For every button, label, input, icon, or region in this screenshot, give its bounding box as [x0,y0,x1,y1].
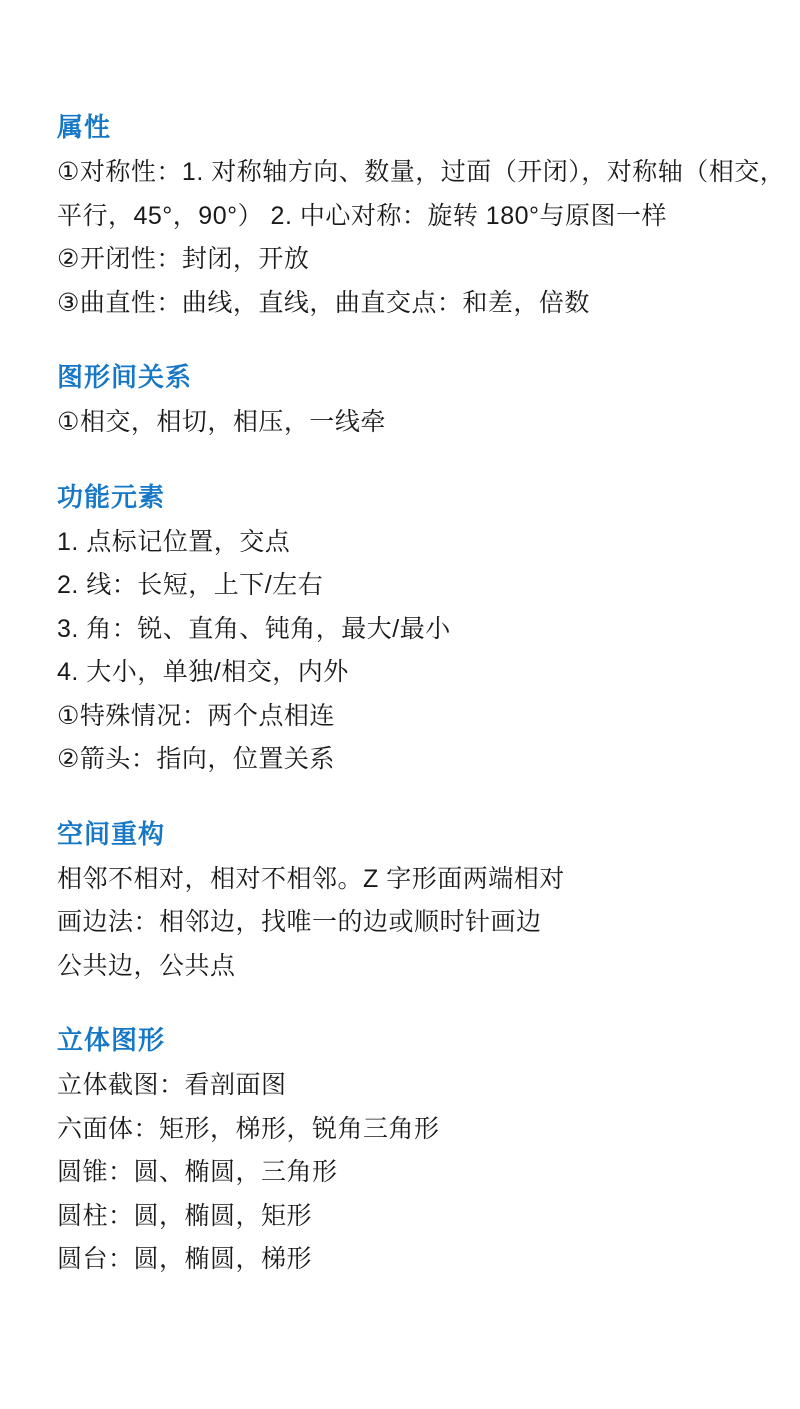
section-heading: 属性 [57,103,760,151]
note-section: 空间重构 相邻不相对，相对不相邻。Z 字形面两端相对画边法：相邻边，找唯一的边或… [57,810,760,989]
note-section: 图形间关系 ①相交，相切，相压，一线牵 [57,353,760,445]
note-line: 圆柱：圆，椭圆，矩形 [57,1195,760,1239]
note-line: ③曲直性：曲线，直线，曲直交点：和差，倍数 [57,282,760,326]
note-section: 功能元素 1. 点标记位置，交点2. 线：长短，上下/左右3. 角：锐、直角、钝… [57,473,760,782]
section-heading: 图形间关系 [57,353,760,401]
note-line: 六面体：矩形，梯形，锐角三角形 [57,1108,760,1152]
note-line: 1. 点标记位置，交点 [57,521,760,565]
note-line: 4. 大小，单独/相交，内外 [57,651,760,695]
note-line: ①对称性：1. 对称轴方向、数量，过面（开闭），对称轴（相交， [57,151,760,195]
notes-content: 属性 ①对称性：1. 对称轴方向、数量，过面（开闭），对称轴（相交，平行，45°… [57,103,760,1282]
note-line: 圆台：圆，椭圆，梯形 [57,1238,760,1282]
note-line: ②箭头：指向，位置关系 [57,738,760,782]
note-line: 立体截图：看剖面图 [57,1064,760,1108]
note-line: 平行，45°，90°） 2. 中心对称：旋转 180°与原图一样 [57,195,760,239]
note-line: 相邻不相对，相对不相邻。Z 字形面两端相对 [57,858,760,902]
note-line: 2. 线：长短，上下/左右 [57,564,760,608]
section-heading: 空间重构 [57,810,760,858]
note-line: ②开闭性：封闭，开放 [57,238,760,282]
note-line: ①特殊情况：两个点相连 [57,695,760,739]
section-heading: 立体图形 [57,1016,760,1064]
note-line: 3. 角：锐、直角、钝角，最大/最小 [57,608,760,652]
document-page: 属性 ①对称性：1. 对称轴方向、数量，过面（开闭），对称轴（相交，平行，45°… [0,0,800,1409]
note-line: 画边法：相邻边，找唯一的边或顺时针画边 [57,901,760,945]
note-line: 圆锥：圆、椭圆，三角形 [57,1151,760,1195]
note-section: 立体图形 立体截图：看剖面图六面体：矩形，梯形，锐角三角形圆锥：圆、椭圆，三角形… [57,1016,760,1282]
note-line: 公共边，公共点 [57,945,760,989]
section-heading: 功能元素 [57,473,760,521]
note-section: 属性 ①对称性：1. 对称轴方向、数量，过面（开闭），对称轴（相交，平行，45°… [57,103,760,325]
note-line: ①相交，相切，相压，一线牵 [57,401,760,445]
